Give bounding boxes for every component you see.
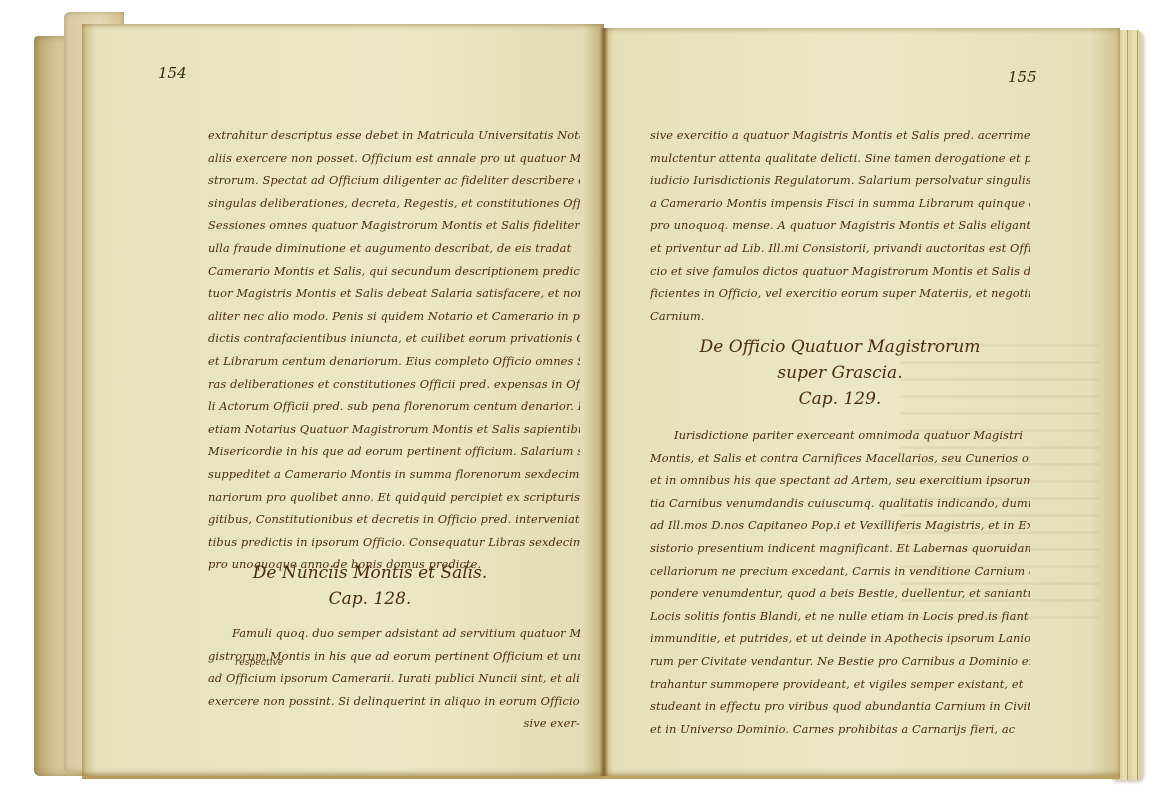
folio-number-left: 154 xyxy=(158,64,187,82)
chapter-number: Cap. 128. xyxy=(250,586,490,612)
text-line: immunditie, et putrides, et ut deinde in… xyxy=(650,627,1030,650)
section-title: De Nunciis Montis et Salis. xyxy=(250,560,490,586)
left-page-body-text: extrahitur descriptus esse debet in Matr… xyxy=(208,124,580,576)
text-line: ad Ill.mos D.nos Capitaneo Pop.i et Vexi… xyxy=(650,514,1030,537)
text-line: etiam Notarius Quatuor Magistrorum Monti… xyxy=(208,418,580,441)
left-section-text: Famuli quoq. duo semper adsistant ad ser… xyxy=(208,622,580,735)
right-page-body-text: sive exercitio a quatuor Magistris Monti… xyxy=(650,124,1030,327)
text-line: aliis exercere non posset. Officium est … xyxy=(208,147,580,170)
text-line: ras deliberationes et constitutiones Off… xyxy=(208,373,580,396)
text-line: Iurisdictione pariter exerceant omnimoda… xyxy=(650,424,1030,447)
text-line: pondere venumdentur, quod a beis Bestie,… xyxy=(650,582,1030,605)
text-line: cio et sive famulos dictos quatuor Magis… xyxy=(650,260,1030,283)
text-line: Carnium. xyxy=(650,305,1030,328)
text-line: tuor Magistris Montis et Salis debeat Sa… xyxy=(208,282,580,305)
text-line: a Camerario Montis impensis Fisci in sum… xyxy=(650,192,1030,215)
text-line: studeant in effectu pro viribus quod abu… xyxy=(650,695,1030,718)
open-manuscript-book: 154 extrahitur descriptus esse debet in … xyxy=(0,0,1176,800)
folio-number-right: 155 xyxy=(1008,68,1037,86)
text-line: ulla fraude diminutione et augumento des… xyxy=(208,237,580,260)
text-line: Montis, et Salis et contra Carnifices Ma… xyxy=(650,447,1030,470)
text-line: tia Carnibus venumdandis cuiuscumq. qual… xyxy=(650,492,1030,515)
catchword: sive exer- xyxy=(208,712,580,735)
book-gutter xyxy=(600,28,608,776)
text-line: rum per Civitate vendantur. Ne Bestie pr… xyxy=(650,650,1030,673)
text-line: dictis contrafacientibus iniuncta, et cu… xyxy=(208,327,580,350)
text-line: cellariorum ne precium excedant, Carnis … xyxy=(650,560,1030,583)
text-line: mulctentur attenta qualitate delicti. Si… xyxy=(650,147,1030,170)
text-line: nariorum pro quolibet anno. Et quidquid … xyxy=(208,486,580,509)
left-section-heading: De Nunciis Montis et Salis. Cap. 128. xyxy=(250,560,490,612)
text-line: sistorio presentium indicent magnificant… xyxy=(650,537,1030,560)
section-title-line2: super Grascia. xyxy=(690,360,990,386)
text-line: et in Universo Dominio. Carnes prohibita… xyxy=(650,718,1030,741)
interlinear-note: respective xyxy=(235,658,283,668)
text-line: et in omnibus his que spectant ad Artem,… xyxy=(650,469,1030,492)
text-line: Locis solitis fontis Blandi, et ne nulle… xyxy=(650,605,1030,628)
text-line: Misericordie in his que ad eorum pertine… xyxy=(208,440,580,463)
right-section-heading: De Officio Quatuor Magistrorum super Gra… xyxy=(690,334,990,412)
text-line: iudicio Iurisdictionis Regulatorum. Sala… xyxy=(650,169,1030,192)
text-line: Famuli quoq. duo semper adsistant ad ser… xyxy=(208,622,580,645)
text-line: suppeditet a Camerario Montis in summa f… xyxy=(208,463,580,486)
text-line: Sessiones omnes quatuor Magistrorum Mont… xyxy=(208,214,580,237)
text-line: extrahitur descriptus esse debet in Matr… xyxy=(208,124,580,147)
text-line: aliter nec alio modo. Penis si quidem No… xyxy=(208,305,580,328)
text-line: gitibus, Constitutionibus et decretis in… xyxy=(208,508,580,531)
text-line: pro unoquoq. mense. A quatuor Magistris … xyxy=(650,214,1030,237)
text-line: sive exercitio a quatuor Magistris Monti… xyxy=(650,124,1030,147)
text-line: strorum. Spectat ad Officium diligenter … xyxy=(208,169,580,192)
text-line: ad Officium ipsorum Camerarii. Iurati pu… xyxy=(208,667,580,690)
text-line: et Librarum centum denariorum. Eius comp… xyxy=(208,350,580,373)
text-line: exercere non possint. Si delinquerint in… xyxy=(208,690,580,713)
text-line: singulas deliberationes, decreta, Regest… xyxy=(208,192,580,215)
text-line: trahantur summopere provideant, et vigil… xyxy=(650,673,1030,696)
chapter-number: Cap. 129. xyxy=(690,386,990,412)
text-line: ficientes in Officio, vel exercitio eoru… xyxy=(650,282,1030,305)
text-line: li Actorum Officii pred. sub pena floren… xyxy=(208,395,580,418)
right-section-text: Iurisdictione pariter exerceant omnimoda… xyxy=(650,424,1030,740)
text-line: et priventur ad Lib. Ill.mi Consistorii,… xyxy=(650,237,1030,260)
section-title-line1: De Officio Quatuor Magistrorum xyxy=(690,334,990,360)
text-line: Camerario Montis et Salis, qui secundum … xyxy=(208,260,580,283)
text-line: tibus predictis in ipsorum Officio. Cons… xyxy=(208,531,580,554)
